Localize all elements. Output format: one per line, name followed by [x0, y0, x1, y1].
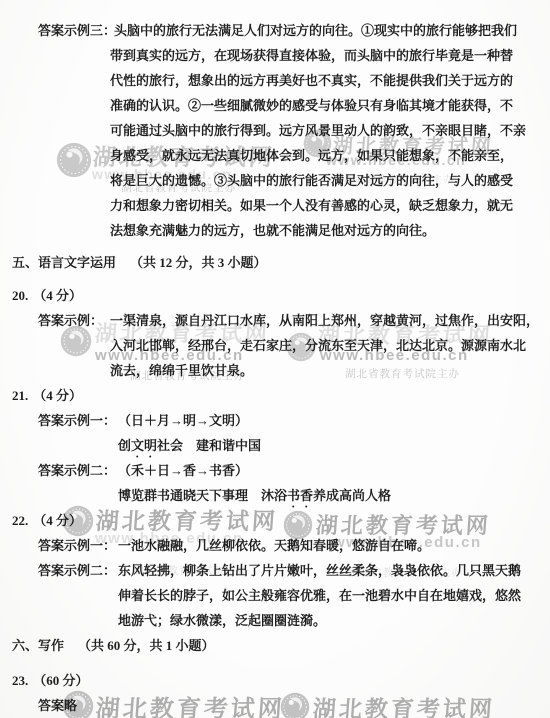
slogan-text: 创	[118, 438, 131, 453]
question-21-number-row: 21.（4 分）	[12, 383, 524, 408]
question-number: 21.	[12, 388, 28, 403]
answer-line: 答案示例二：东风轻拂，柳条上钻出了片片嫩叶，丝丝柔条，袅袅依依。几只黑天鹅	[38, 558, 524, 583]
question-number: 22.	[12, 513, 28, 528]
answer-text: 头脑中的旅行无法满足人们对远方的向往。①现实中的旅行能够把我们	[114, 23, 517, 38]
answer-text: 一渠清泉，源自丹江口水库，从南阳上郑州，穿越黄河，过焦作，出安阳，	[110, 313, 539, 328]
slogan-emphasized-text: 文明	[131, 438, 157, 453]
answer-line: 流去，绵绵千里饮甘泉。	[38, 358, 524, 383]
section-meta: （共 12 分，共 3 小题）	[130, 255, 267, 270]
answer-line: 地游弋；绿水微漾，泛起圈圈涟漪。	[38, 608, 524, 633]
answer-text: 东风轻拂，柳条上钻出了片片嫩叶，丝丝柔条，袅袅依依。几只黑天鹅	[118, 563, 521, 578]
section-title: 五、语言文字运用	[12, 255, 116, 270]
answer-label: 答案示例三：	[38, 18, 114, 43]
question-score: （4 分）	[33, 513, 82, 528]
answer-line: 带到真实的远方，在现场获得直接体验，而头脑中的旅行毕竟是一种替	[38, 43, 524, 68]
section-6-heading-row: 六、写作（共 60 分，共 1 小题）	[12, 633, 524, 658]
section-5-heading-row: 五、语言文字运用（共 12 分，共 3 小题）	[12, 250, 524, 275]
answer-text: （禾＋日→香→书香）	[118, 463, 248, 478]
answer-line: 答案示例一：（日＋月→明→文明）	[38, 408, 524, 433]
answer-line: 可能通过头脑中的旅行得到。远方风景里动人的韵致，不亲眼目睹，不亲	[38, 118, 524, 143]
answer-label: 答案示例一：	[38, 533, 118, 558]
question-21-answer-block: 答案示例一：（日＋月→明→文明） 创文明社会 建和谐中国 答案示例二：（禾＋日→…	[38, 408, 524, 508]
question-20-answer-block: 答案示例：一渠清泉，源自丹江口水库，从南阳上郑州，穿越黄河，过焦作，出安阳， 入…	[38, 308, 524, 383]
section-meta: （共 60 分，共 1 小题）	[78, 638, 215, 653]
answer-line: 博览群书通晓天下事理 沐浴书香养成高尚人格	[38, 483, 524, 508]
document-content: 答案示例三：头脑中的旅行无法满足人们对远方的向往。①现实中的旅行能够把我们 带到…	[0, 0, 550, 718]
slogan-text: 博览群书通晓天下事理 沐浴	[118, 488, 287, 503]
question-23-number-row: 23.（60 分）	[12, 668, 524, 693]
question-number: 20.	[12, 288, 28, 303]
answer-example-3-block: 答案示例三：头脑中的旅行无法满足人们对远方的向往。①现实中的旅行能够把我们 带到…	[38, 18, 524, 243]
slogan-text: 社会 建和谐中国	[157, 438, 261, 453]
answer-line: 答案示例一：一池水融融，几丝柳依依。天鹅知春暖，悠游自在啼。	[38, 533, 524, 558]
answer-text: （日＋月→明→文明）	[118, 413, 248, 428]
answer-line: 入河北邯郸，经邢台，走石家庄，分流东至天津，北达北京。源源南水北	[38, 333, 524, 358]
answer-line: 伸着长长的脖子，如公主般雍容优雅，在一池碧水中自在地嬉戏，悠然	[38, 583, 524, 608]
answer-line: 法想象充满魅力的远方，也就不能满足他对远方的向往。	[38, 218, 524, 243]
answer-line: 准确的认识。②一些细腻微妙的感受与体验只有身临其境才能获得，不	[38, 93, 524, 118]
answer-label: 答案示例二：	[38, 458, 118, 483]
question-score: （4 分）	[33, 288, 82, 303]
answer-label: 答案示例一：	[38, 408, 118, 433]
question-score: （4 分）	[33, 388, 82, 403]
answer-line: 答案示例：一渠清泉，源自丹江口水库，从南阳上郑州，穿越黄河，过焦作，出安阳，	[38, 308, 524, 333]
question-score: （60 分）	[33, 673, 88, 688]
question-22-number-row: 22.（4 分）	[12, 508, 524, 533]
answer-line: 力和想象力密切相关。如果一个人没有善感的心灵，缺乏想象力，就无	[38, 193, 524, 218]
question-number: 23.	[12, 673, 28, 688]
answer-label: 答案示例二：	[38, 558, 118, 583]
question-23-answer-row: 答案略	[38, 693, 524, 718]
answer-line: 将是巨大的遗憾。③头脑中的旅行能否满足对远方的向往，与人的感受	[38, 168, 524, 193]
slogan-text: 养成高尚人格	[313, 488, 391, 503]
section-title: 六、写作	[12, 638, 64, 653]
answer-line: 身感受，就永远无法真切地体会到。远方，如果只能想象，不能亲至，	[38, 143, 524, 168]
answer-line: 答案示例二：（禾＋日→香→书香）	[38, 458, 524, 483]
answer-text: 一池水融融，几丝柳依依。天鹅知春暖，悠游自在啼。	[118, 538, 430, 553]
answer-text: 答案略	[38, 698, 77, 713]
scanned-answer-key-page: 湖北教育考试网 www.hbee.edu.cn 湖北省教育考试院主办 湖北教育考…	[0, 0, 550, 718]
question-22-answer-block: 答案示例一：一池水融融，几丝柳依依。天鹅知春暖，悠游自在啼。 答案示例二：东风轻…	[38, 533, 524, 633]
slogan-emphasized-text: 书香	[287, 488, 313, 503]
answer-line: 答案示例三：头脑中的旅行无法满足人们对远方的向往。①现实中的旅行能够把我们	[38, 18, 524, 43]
answer-line: 代性的旅行，想象出的远方再美好也不真实，不能提供我们关于远方的	[38, 68, 524, 93]
answer-line: 创文明社会 建和谐中国	[38, 433, 524, 458]
question-20-number-row: 20.（4 分）	[12, 283, 524, 308]
answer-label: 答案示例：	[38, 308, 110, 333]
